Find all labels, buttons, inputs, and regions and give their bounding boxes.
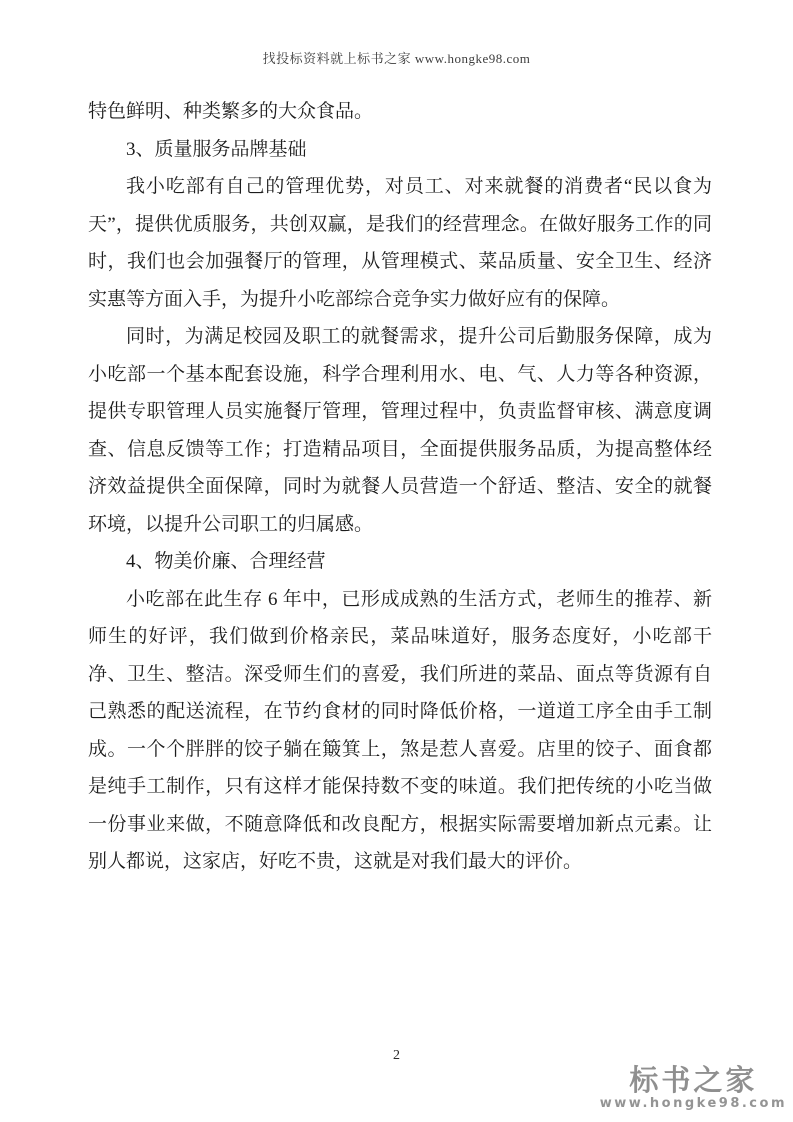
watermark: 标书之家 www.hongke98.com	[600, 1064, 787, 1112]
paragraph: 小吃部在此生存 6 年中，已形成成熟的生活方式，老师生的推荐、新师生的好评，我们…	[88, 581, 712, 881]
paragraph: 同时，为满足校园及职工的就餐需求，提升公司后勤服务保障，成为小吃部一个基本配套设…	[88, 318, 712, 543]
document-page: 找投标资料就上标书之家 www.hongke98.com 特色鲜明、种类繁多的大…	[0, 0, 793, 1122]
watermark-logo-text: 标书之家	[600, 1064, 787, 1096]
watermark-url: www.hongke98.com	[600, 1096, 787, 1112]
section-heading-3: 3、质量服务品牌基础	[88, 131, 712, 169]
document-body: 特色鲜明、种类繁多的大众食品。 3、质量服务品牌基础 我小吃部有自己的管理优势，…	[88, 93, 712, 881]
section-heading-4: 4、物美价廉、合理经营	[88, 543, 712, 581]
page-number: 2	[0, 1048, 793, 1064]
paragraph-continuation: 特色鲜明、种类繁多的大众食品。	[88, 93, 712, 131]
page-header-text: 找投标资料就上标书之家 www.hongke98.com	[0, 48, 793, 67]
paragraph: 我小吃部有自己的管理优势，对员工、对来就餐的消费者“民以食为天”，提供优质服务，…	[88, 168, 712, 318]
